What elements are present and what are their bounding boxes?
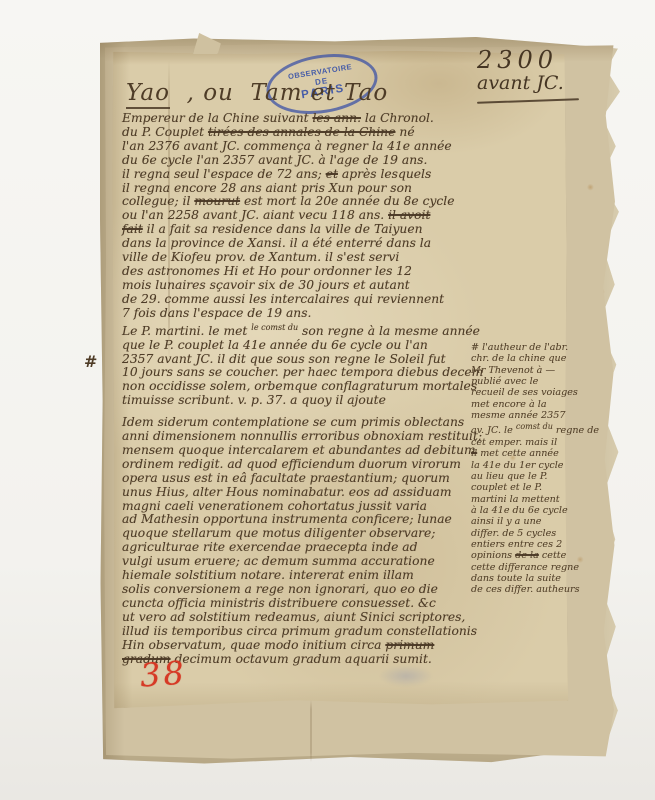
margin-note-line: dans toute la suite [471,573,569,584]
margin-note-line: cet emper. mais il [471,437,569,448]
manuscript-line: illud iis temporibus circa primum gradum… [122,625,567,639]
date-year: 2300 [477,48,579,72]
manuscript-line: il regna seul l'espace de 72 ans; et apr… [122,168,567,182]
manuscript-line: dans la province de Xansi. il a été ente… [122,237,567,251]
crease-line [310,700,312,762]
manuscript-line: cuncta officia ministris distribuere con… [122,597,567,611]
margin-note-line: recueil de ses voiages [471,387,569,398]
manuscript-line: Empereur de la Chine suivant les ann. la… [122,112,567,126]
margin-note-line: il met cette année [471,448,569,459]
margin-note-line: publié avec le [471,376,569,387]
manuscript-line: l'an 2376 avant JC. commença à regner la… [122,140,567,154]
margin-note-line: au lieu que le P. [471,471,569,482]
manuscript-line: gradum decimum octavum gradum aquarii su… [122,653,567,667]
verso-stamp-showthrough [368,660,444,692]
margin-note-line: differ. de 5 cycles [471,528,569,539]
margin-note-line: entiers entre ces 2 [471,539,569,550]
date-annotation: 2300 avant JC. [477,48,579,102]
margin-note-line: ainsi il y a une [471,516,569,527]
margin-hash-mark: # [84,352,97,371]
margin-note-line: av. JC. le comst du regne de [471,421,569,437]
manuscript-line: 7 fois dans l'espace de 19 ans. [122,307,567,321]
manuscript-line: collegue; il mourut est mort la 20e anné… [122,195,567,209]
archive-page-number: 38 [139,653,188,694]
margin-note-line: opinions de la cette [471,550,569,561]
manuscript-line: ou l'an 2258 avant JC. aiant vecu 118 an… [122,209,567,223]
date-era: avant JC. [477,72,579,95]
margin-note-line: cette differance regne [471,562,569,573]
margin-note-line: de ces differ. autheurs [471,584,569,595]
manuscript-line: de 29. comme aussi les intercalaires qui… [122,293,567,307]
manuscript-line: Hin observatum, quae modo initium circa … [122,639,567,653]
manuscript-scan: OBSERVATOIRE DE PARIS 2300 avant JC. Yao… [0,0,655,800]
margin-note-line: couplet et le P. [471,482,569,493]
margin-note-line: mesme année 2357 [471,410,569,421]
margin-note-line: martini la mettent [471,494,569,505]
margin-note-line: à la 41e du 6e cycle [471,505,569,516]
margin-note: # l'autheur de l'abr.chr. de la chine qu… [471,342,569,596]
margin-note-line: la 41e du 1er cycle [471,460,569,471]
paragraph-couplet: Empereur de la Chine suivant les ann. la… [122,112,567,321]
margin-note-line: Mr Thevenot à — [471,365,569,376]
margin-note-line: chr. de la chine que [471,353,569,364]
manuscript-line: du 6e cycle l'an 2357 avant JC. à l'age … [122,154,567,168]
manuscript-line: ville de Kiofeu prov. de Xantum. il s'es… [122,251,567,265]
manuscript-line: ut vero ad solstitium redeamus, aiunt Si… [122,611,567,625]
manuscript-line: Le P. martini. le met le comst du son re… [122,321,567,339]
margin-note-line: # l'autheur de l'abr. [471,342,569,353]
manuscript-line: du P. Couplet tirées des annales de la C… [122,126,567,140]
page-title: Yao , ou Tam et Tao [126,80,388,106]
corner-fold [193,33,221,54]
manuscript-line: mois lunaires sçavoir six de 30 jours et… [122,279,567,293]
manuscript-line: des astronomes Hi et Ho pour ordonner le… [122,265,567,279]
margin-note-line: met encore à la [471,399,569,410]
